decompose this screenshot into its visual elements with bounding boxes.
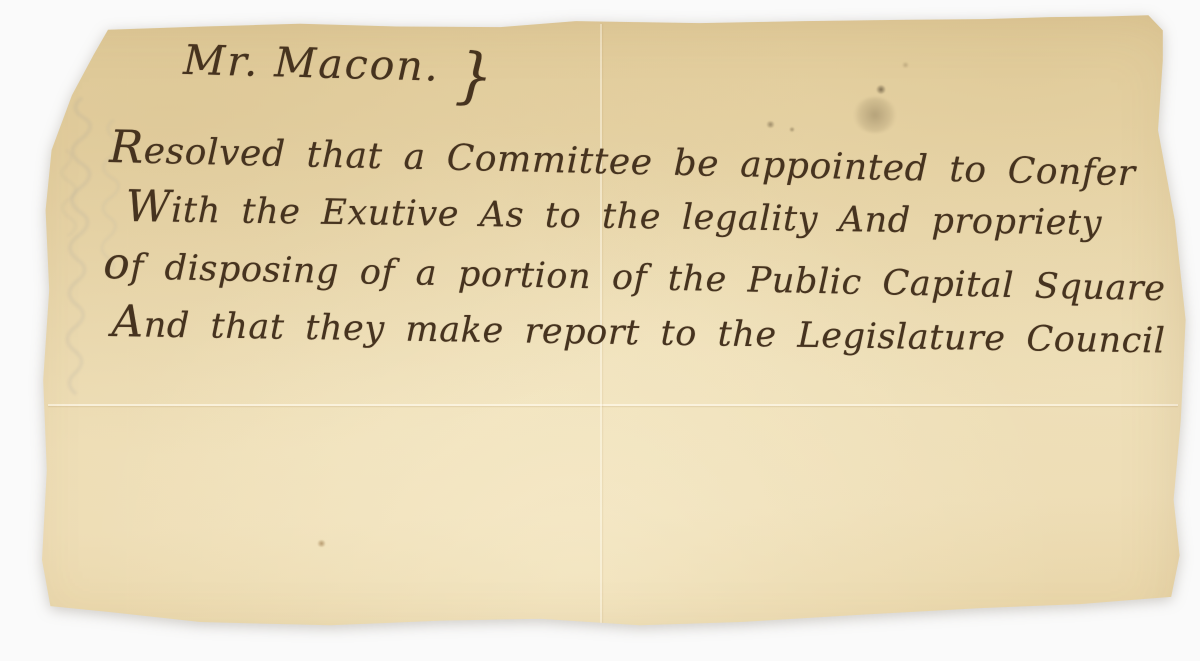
heading-name: Mr. Macon. bbox=[183, 36, 441, 91]
ink-speck bbox=[789, 127, 795, 132]
heading-brace: } bbox=[454, 39, 497, 113]
stain-spot bbox=[317, 540, 326, 547]
manuscript-heading: Mr. Macon.} bbox=[182, 34, 495, 110]
stain-spot bbox=[902, 62, 909, 68]
ink-smudge bbox=[853, 97, 897, 133]
scan-background: Mr. Macon.} Resolved that a Committee be… bbox=[0, 0, 1200, 661]
paper-shadow: Mr. Macon.} Resolved that a Committee be… bbox=[0, 0, 1200, 661]
manuscript-paper: Mr. Macon.} Resolved that a Committee be… bbox=[0, 0, 1200, 661]
fold-crease-horizontal bbox=[48, 404, 1178, 406]
ink-blot bbox=[876, 85, 886, 94]
ink-speck bbox=[766, 121, 775, 128]
